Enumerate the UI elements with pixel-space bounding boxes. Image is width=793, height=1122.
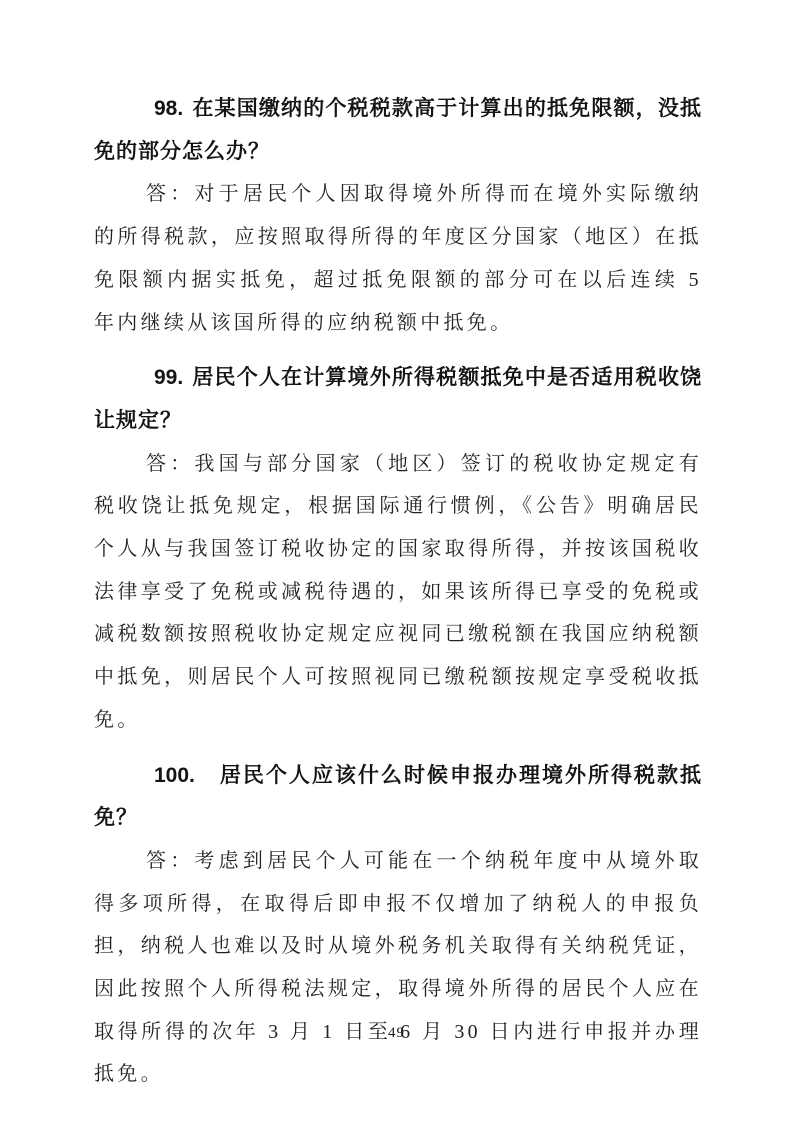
page-footer: 49: [0, 1024, 793, 1042]
question-number: 100.: [154, 764, 195, 787]
question-number: 98.: [154, 97, 183, 120]
qa-block-99: 99.居民个人在计算境外所得税额抵免中是否适用税收饶让规定？ 答：我国与部分国家…: [94, 357, 702, 741]
question-number: 99.: [154, 366, 183, 389]
question-heading: 100.居民个人应该什么时候申报办理境外所得税款抵免？: [94, 755, 702, 840]
document-page: 98.在某国缴纳的个税税款高于计算出的抵免限额，没抵免的部分怎么办？ 答：对于居…: [0, 0, 793, 1122]
question-heading: 98.在某国缴纳的个税税款高于计算出的抵免限额，没抵免的部分怎么办？: [94, 88, 702, 173]
answer-paragraph: 答：对于居民个人因取得境外所得而在境外实际缴纳的所得税款，应按照取得所得的年度区…: [94, 173, 702, 344]
page-content: 98.在某国缴纳的个税税款高于计算出的抵免限额，没抵免的部分怎么办？ 答：对于居…: [94, 88, 702, 1096]
qa-block-98: 98.在某国缴纳的个税税款高于计算出的抵免限额，没抵免的部分怎么办？ 答：对于居…: [94, 88, 702, 344]
answer-paragraph: 答：考虑到居民个人可能在一个纳税年度中从境外取得多项所得，在取得后即申报不仅增加…: [94, 840, 702, 1096]
question-heading: 99.居民个人在计算境外所得税额抵免中是否适用税收饶让规定？: [94, 357, 702, 442]
answer-paragraph: 答：我国与部分国家（地区）签订的税收协定规定有税收饶让抵免规定，根据国际通行惯例…: [94, 443, 702, 742]
page-number: 49: [388, 1025, 405, 1041]
qa-block-100: 100.居民个人应该什么时候申报办理境外所得税款抵免？ 答：考虑到居民个人可能在…: [94, 755, 702, 1097]
question-text: 居民个人在计算境外所得税额抵免中是否适用税收饶让规定？: [94, 366, 702, 432]
question-text: 在某国缴纳的个税税款高于计算出的抵免限额，没抵免的部分怎么办？: [94, 97, 702, 163]
